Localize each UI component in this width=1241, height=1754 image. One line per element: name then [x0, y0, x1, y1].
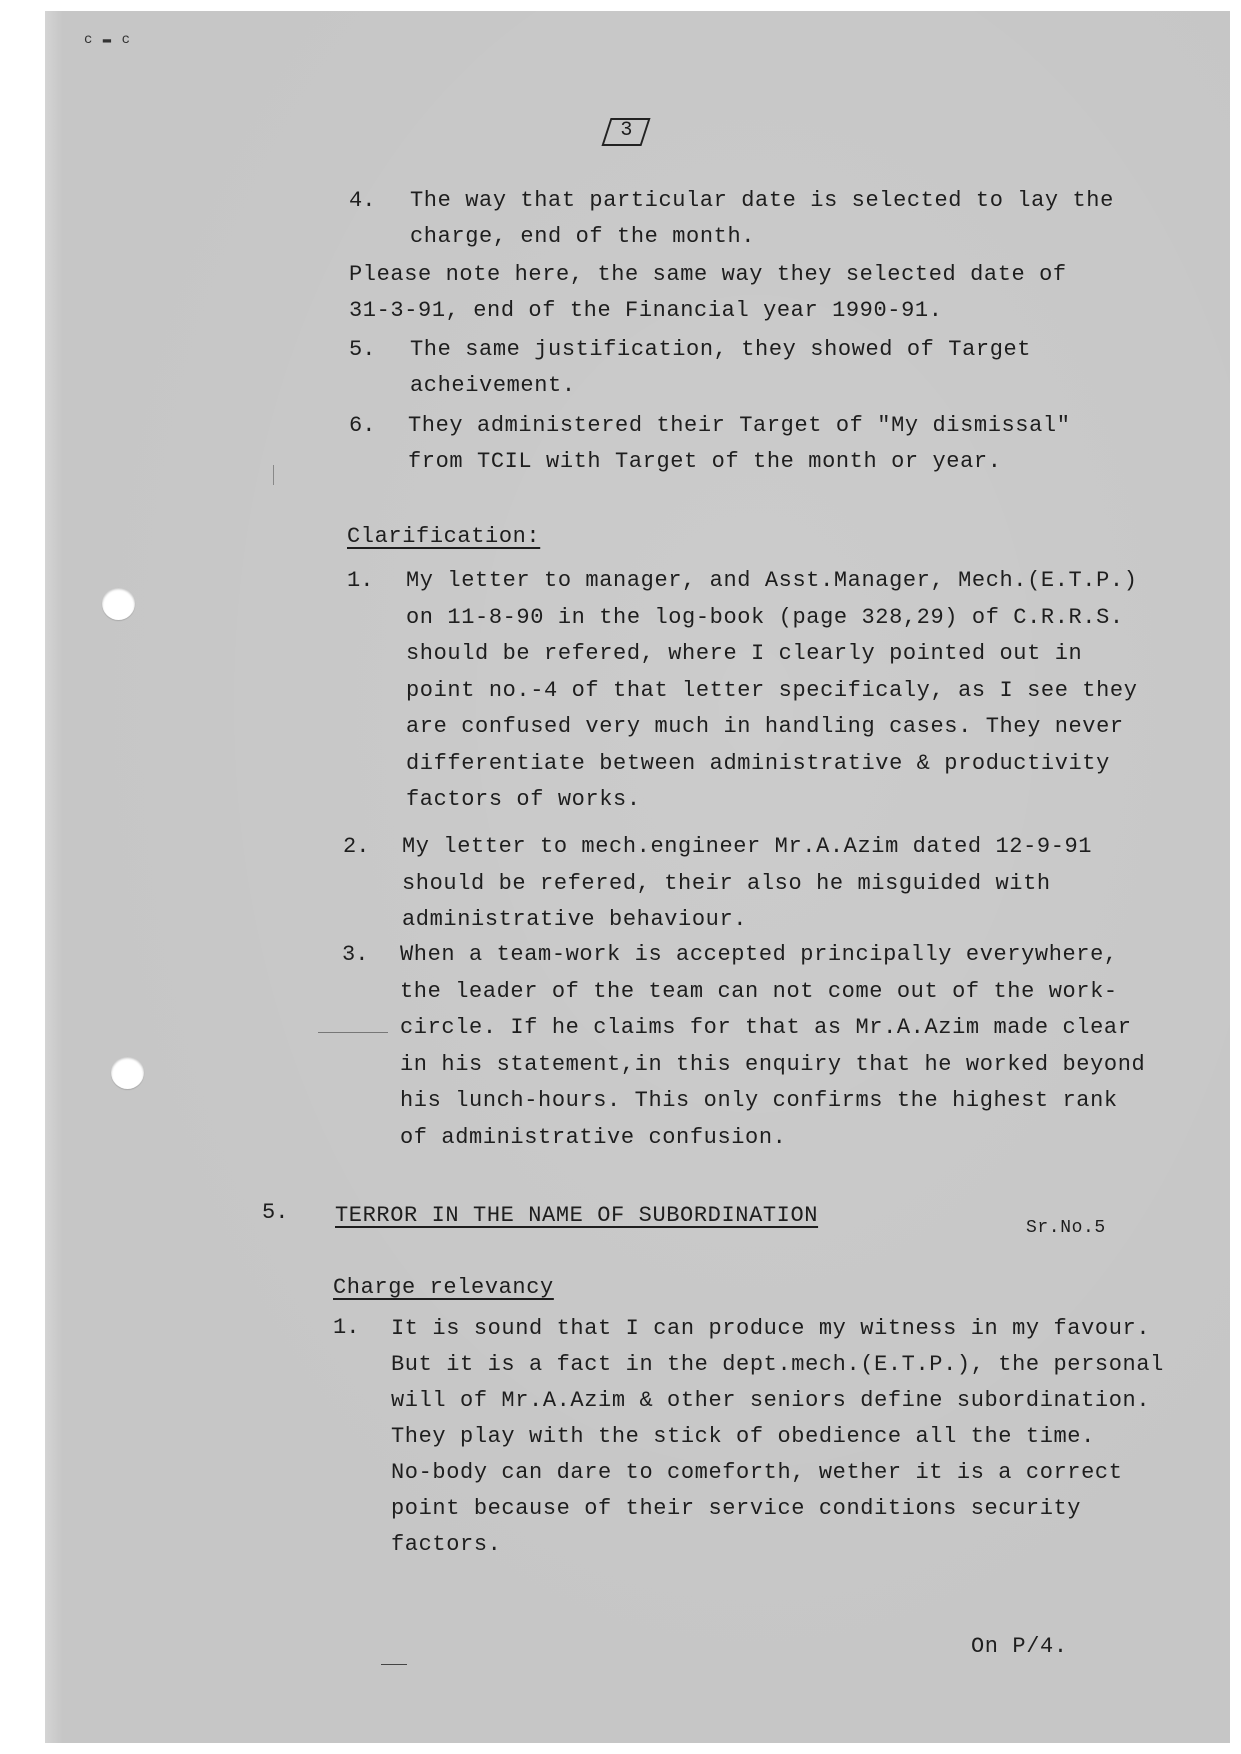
charge-relevancy-heading: Charge relevancy [333, 1275, 554, 1300]
clarification-text-line: should be refered, their also he misguid… [402, 871, 1051, 896]
item-number: 6. [349, 413, 375, 438]
item-number: 4. [349, 188, 375, 213]
charge-text-line: No-body can dare to comeforth, wether it… [391, 1460, 1123, 1485]
item-text-line: The way that particular date is selected… [410, 188, 1114, 213]
margin-mark [318, 1032, 388, 1033]
charge-text-line: will of Mr.A.Azim & other seniors define… [391, 1388, 1150, 1413]
charge-text-line: It is sound that I can produce my witnes… [391, 1316, 1150, 1341]
clarification-text-line: factors of works. [406, 787, 641, 812]
item-text-line: Please note here, the same way they sele… [349, 262, 1067, 287]
item-text-line: The same justification, they showed of T… [410, 337, 1031, 362]
clarification-text-line: administrative behaviour. [402, 907, 747, 932]
item-text-line: from TCIL with Target of the month or ye… [408, 449, 1002, 474]
clarification-heading: Clarification: [347, 524, 540, 549]
punch-hole-bottom [111, 1056, 144, 1089]
clarification-text-line: on 11-8-90 in the log-book (page 328,29)… [406, 605, 1124, 630]
charge-text-line: They play with the stick of obedience al… [391, 1424, 1095, 1449]
clarification-text-line: should be refered, where I clearly point… [406, 641, 1082, 666]
section-number: 5. [262, 1200, 288, 1225]
section-heading: TERROR IN THE NAME OF SUBORDINATION [335, 1203, 818, 1228]
item-text-line: 31-3-91, end of the Financial year 1990-… [349, 298, 943, 323]
bottom-mark [381, 1664, 407, 1665]
charge-text-line: factors. [391, 1532, 501, 1557]
serial-number: Sr.No.5 [1026, 1218, 1106, 1238]
clarification-text-line: are confused very much in handling cases… [406, 714, 1124, 739]
clarification-item-number: 1. [347, 568, 373, 593]
clarification-text-line: his lunch-hours. This only confirms the … [400, 1088, 1118, 1113]
item-number: 5. [349, 337, 375, 362]
item-text-line: acheivement. [410, 373, 576, 398]
punch-hole-top [102, 587, 135, 620]
item-text-line: charge, end of the month. [410, 224, 755, 249]
item-text-line: They administered their Target of "My di… [408, 413, 1071, 438]
charge-text-line: point because of their service condition… [391, 1496, 1081, 1521]
clarification-text-line: circle. If he claims for that as Mr.A.Az… [400, 1015, 1132, 1040]
charge-item-number: 1. [333, 1315, 359, 1340]
charge-text-line: But it is a fact in the dept.mech.(E.T.P… [391, 1352, 1164, 1377]
continuation-note: On P/4. [971, 1634, 1068, 1659]
clarification-text-line: My letter to manager, and Asst.Manager, … [406, 568, 1138, 593]
clarification-text-line: of administrative confusion. [400, 1125, 786, 1150]
clarification-item-number: 3. [342, 942, 368, 967]
clarification-text-line: differentiate between administrative & p… [406, 751, 1110, 776]
clarification-text-line: the leader of the team can not come out … [400, 979, 1118, 1004]
clarification-text-line: point no.-4 of that letter specificaly, … [406, 678, 1138, 703]
clarification-text-line: When a team-work is accepted principally… [400, 942, 1118, 967]
clarification-item-number: 2. [343, 834, 369, 859]
clarification-text-line: in his statement,in this enquiry that he… [400, 1052, 1145, 1077]
clarification-text-line: My letter to mech.engineer Mr.A.Azim dat… [402, 834, 1092, 859]
margin-tick [273, 465, 274, 485]
corner-mark: c ▬ c [84, 32, 131, 48]
